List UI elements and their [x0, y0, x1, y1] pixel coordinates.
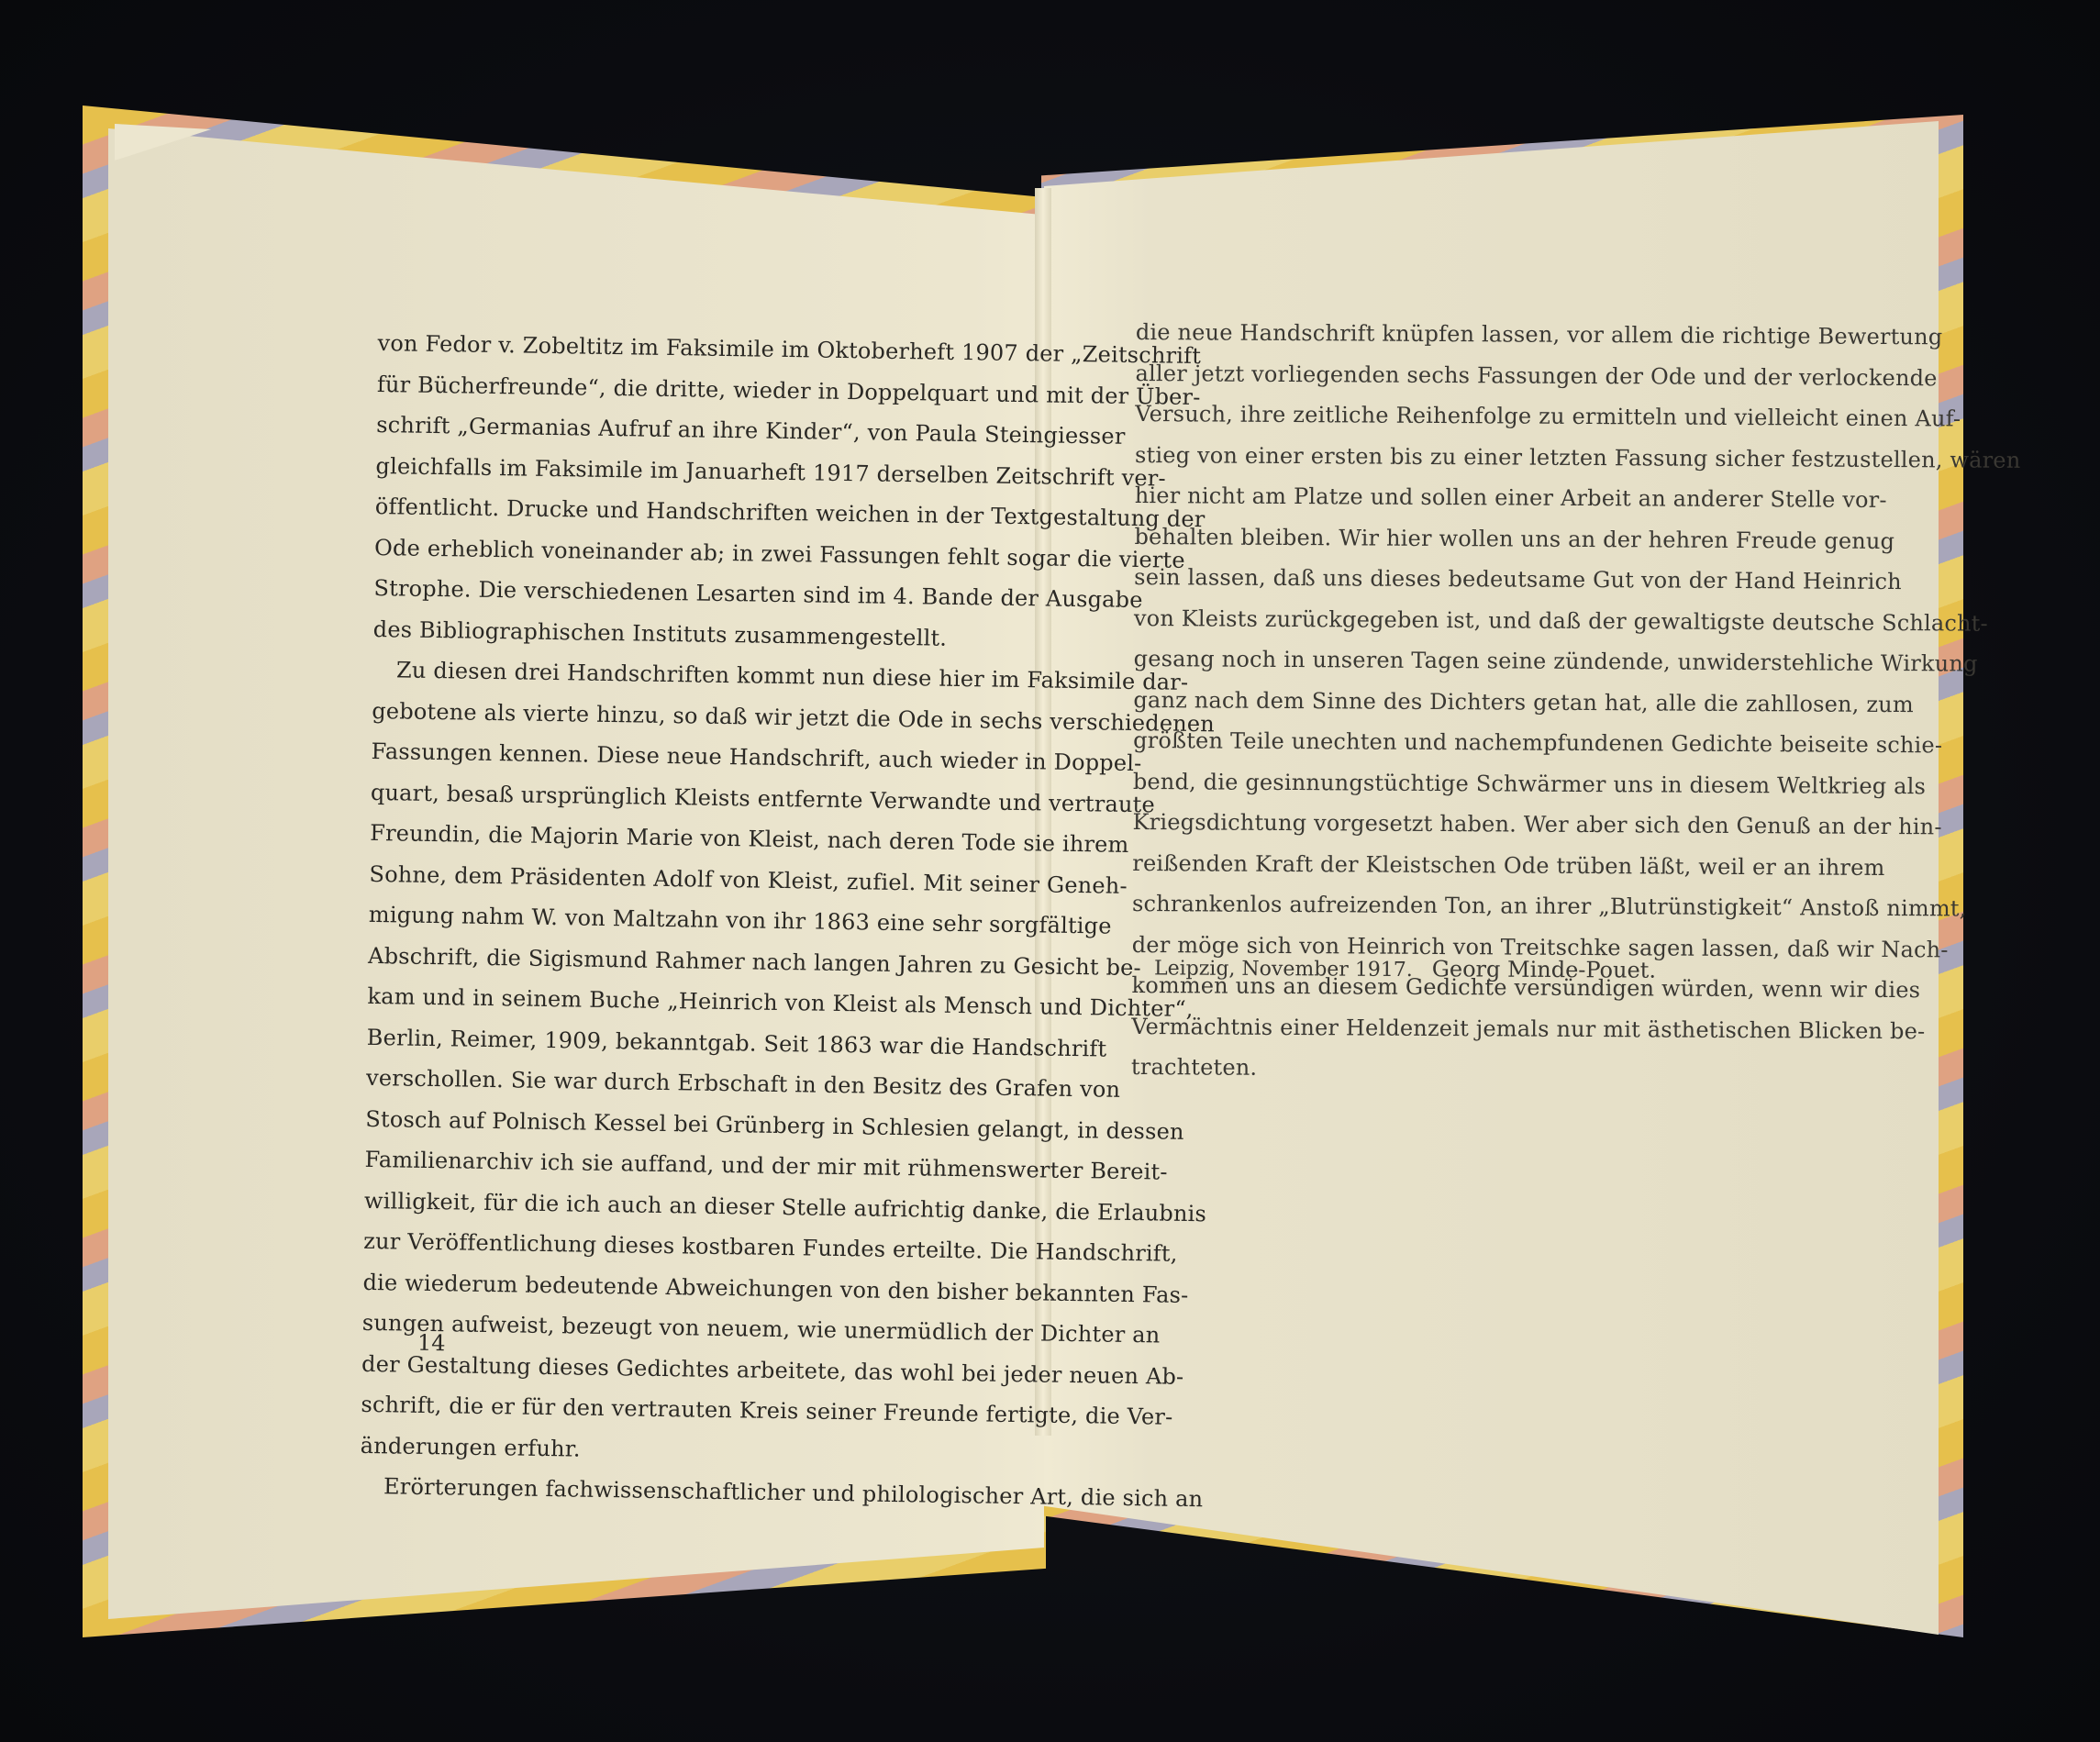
text-line: Kriegsdichtung vorgesetzt haben. Wer abe…: [1132, 802, 1708, 846]
author-signature: Georg Minde-Pouet.: [1432, 956, 1656, 982]
text-line: sein lassen, daß uns dieses bedeutsame G…: [1134, 557, 1710, 601]
text-line: hier nicht am Platze und sollen einer Ar…: [1135, 475, 1711, 519]
text-line: reißenden Kraft der Kleistschen Ode trüb…: [1132, 842, 1708, 886]
text-line: stieg von einer ersten bis zu einer letz…: [1135, 434, 1711, 478]
text-line: trachteten.: [1131, 1047, 1707, 1091]
page-number: 14: [417, 1330, 446, 1356]
text-line: gesang noch in unseren Tagen seine zünde…: [1134, 638, 1710, 682]
text-line: Vermächtnis einer Heldenzeit jemals nur …: [1131, 1005, 1707, 1049]
text-line: von Kleists zurückgegeben ist, und daß d…: [1134, 597, 1710, 641]
text-line: Versuch, ihre zeitliche Reihenfolge zu e…: [1135, 394, 1711, 438]
place-date: Leipzig, November 1917.: [1147, 957, 1413, 982]
text-line: ganz nach dem Sinne des Dichters getan h…: [1133, 679, 1709, 723]
text-line: bend, die gesinnungstüchtige Schwärmer u…: [1133, 760, 1709, 804]
text-line: behalten bleiben. Wir hier wollen uns an…: [1134, 516, 1710, 560]
text-line: größten Teile unechten und nachempfunden…: [1133, 720, 1709, 764]
text-line: aller jetzt vorliegenden sechs Fassungen…: [1135, 352, 1711, 396]
left-page-text: von Fedor v. Zobeltitz im Faksimile im O…: [360, 323, 947, 1515]
text-line: schrankenlos aufreizenden Ton, an ihrer …: [1132, 883, 1708, 927]
signoff: Leipzig, November 1917. Georg Minde-Poue…: [1147, 954, 1656, 982]
text-line: die neue Handschrift knüpfen lassen, vor…: [1136, 312, 1712, 356]
